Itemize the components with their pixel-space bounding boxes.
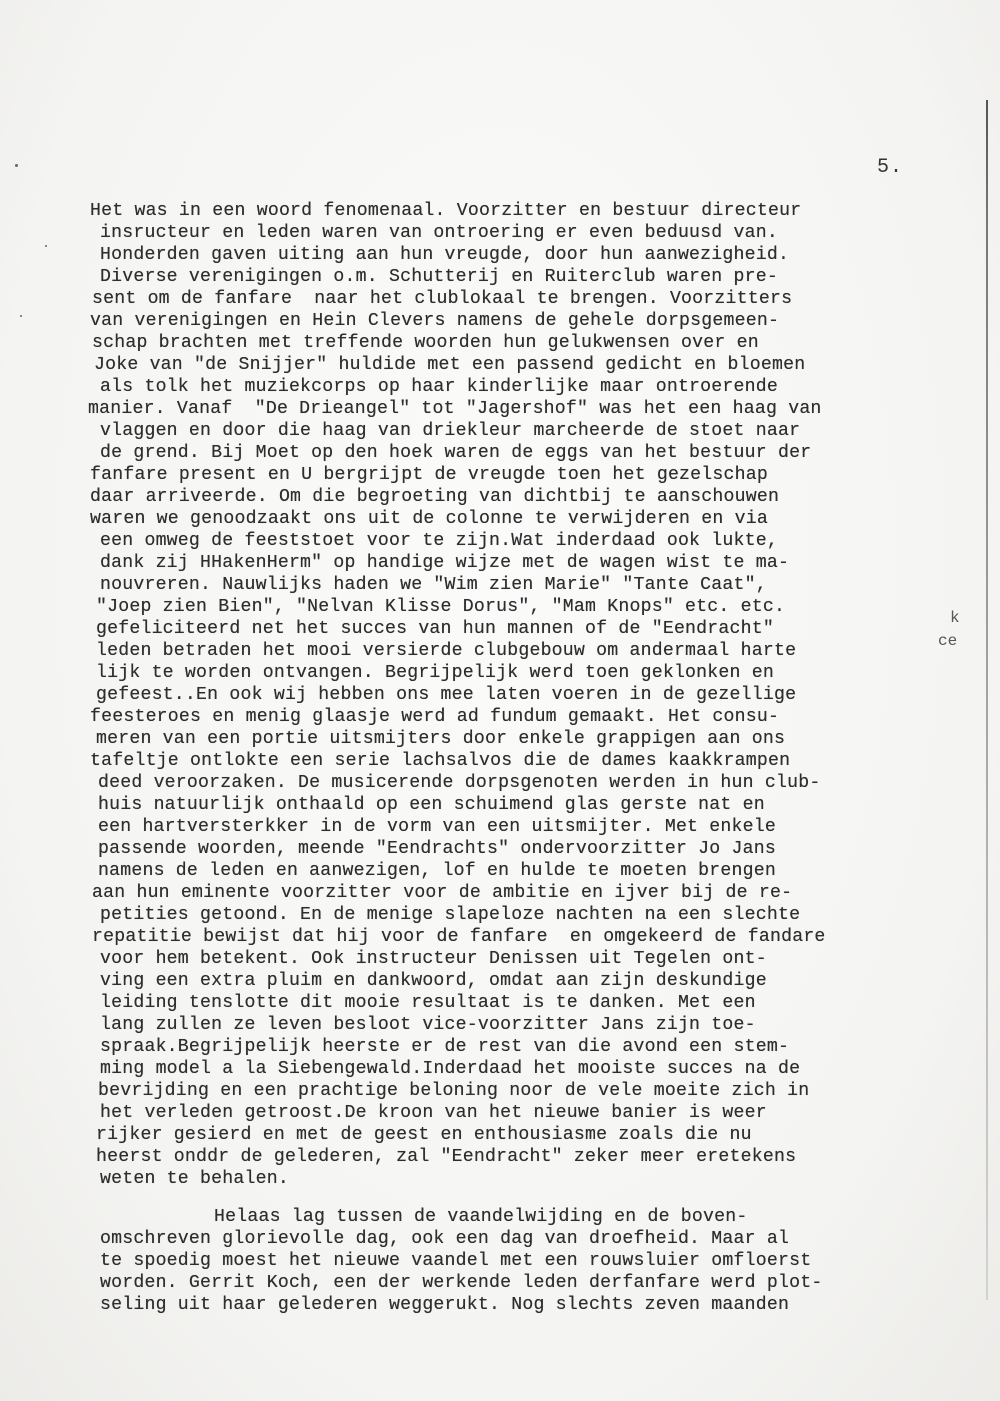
text-line: voor hem betekent. Ook instructeur Denis… — [100, 948, 767, 970]
text-line: insructeur en leden waren van ontroering… — [100, 222, 778, 244]
text-line: Het was in een woord fenomenaal. Voorzit… — [90, 200, 801, 222]
text-line: een hartversterkker in de vorm van een u… — [98, 816, 776, 838]
text-line: als tolk het muziekcorps op haar kinderl… — [100, 376, 778, 398]
text-line: rijker gesierd en met de geest en enthou… — [96, 1124, 752, 1146]
text-line: ving een extra pluim en dankwoord, omdat… — [100, 970, 767, 992]
text-line: "Joep zien Bien", "Nelvan Klisse Dorus",… — [96, 596, 785, 618]
text-line: deed veroorzaken. De musicerende dorpsge… — [98, 772, 820, 794]
text-line: daar arriveerde. Om die begroeting van d… — [90, 486, 779, 508]
text-line: namens de leden en aanwezigen, lof en hu… — [98, 860, 776, 882]
page-number: 5. — [877, 156, 903, 179]
document-page: 5. Het was in een woord fenomenaal. Voor… — [0, 0, 1000, 1401]
text-line: het verleden getroost.De kroon van het n… — [100, 1102, 767, 1124]
text-line: aan hun eminente voorzitter voor de ambi… — [92, 882, 792, 904]
text-line: ming model a la Siebengewald.Inderdaad h… — [100, 1058, 800, 1080]
text-line: een omweg de feeststoet voor te zijn.Wat… — [100, 530, 778, 552]
text-line: seling uit haar gelederen weggerukt. Nog… — [100, 1294, 789, 1316]
text-line: bevrijding en een prachtige beloning noo… — [98, 1080, 809, 1102]
text-line: waren we genoodzaakt ons uit de colonne … — [90, 508, 768, 530]
paper-speck — [20, 315, 22, 317]
text-line: omschreven glorievolle dag, ook een dag … — [100, 1228, 789, 1250]
text-line: Diverse verenigingen o.m. Schutterij en … — [100, 266, 778, 288]
text-line: fanfare present en U bergrijpt de vreugd… — [90, 464, 768, 486]
text-line: van verenigingen en Hein Clevers namens … — [90, 310, 779, 332]
paper-speck — [15, 164, 18, 167]
text-line: weten te behalen. — [100, 1168, 289, 1190]
text-line: worden. Gerrit Koch, een der werkende le… — [100, 1272, 822, 1294]
text-line: schap brachten met treffende woorden hun… — [92, 332, 759, 354]
text-line: vlaggen en door die haag van driekleur m… — [100, 420, 800, 442]
text-line: leden betraden het mooi versierde clubge… — [96, 640, 796, 662]
paper-speck — [45, 245, 47, 247]
text-line: manier. Vanaf "De Drieangel" tot "Jagers… — [88, 398, 822, 420]
text-line: de grend. Bij Moet op den hoek waren de … — [100, 442, 811, 464]
text-line: lijk te worden ontvangen. Begrijpelijk w… — [96, 662, 774, 684]
text-line: spraak.Begrijpelijk heerste er de rest v… — [100, 1036, 789, 1058]
text-line: Joke van "de Snijjer" huldide met een pa… — [94, 354, 805, 376]
text-line: lang zullen ze leven besloot vice-voorzi… — [100, 1014, 756, 1036]
text-line: tafeltje ontlokte een serie lachsalvos d… — [90, 750, 790, 772]
text-line: Helaas lag tussen de vaandelwijding en d… — [214, 1206, 748, 1228]
text-line: repatitie bewijst dat hij voor de fanfar… — [92, 926, 826, 948]
text-line: nouvreren. Nauwlijks haden we "Wim zien … — [100, 574, 767, 596]
text-line: petities getoond. En de menige slapeloze… — [100, 904, 800, 926]
margin-note: ce — [938, 632, 957, 650]
text-line: feesteroes en menig glaasje werd ad fund… — [90, 706, 779, 728]
text-line: heerst onddr de gelederen, zal "Eendrach… — [96, 1146, 796, 1168]
text-line: leiding tenslotte dit mooie resultaat is… — [100, 992, 756, 1014]
text-line: gefeliciteerd net het succes van hun man… — [96, 618, 774, 640]
text-line: passende woorden, meende "Eendrachts" on… — [98, 838, 776, 860]
margin-note: k — [950, 609, 960, 627]
text-line: sent om de fanfare naar het clublokaal t… — [92, 288, 792, 310]
text-line: dank zij HHakenHerm" op handige wijze me… — [100, 552, 789, 574]
text-line: Honderden gaven uiting aan hun vreugde, … — [100, 244, 789, 266]
text-line: te spoedig moest het nieuwe vaandel met … — [100, 1250, 811, 1272]
page-edge-shadow — [986, 100, 988, 1300]
text-line: gefeest..En ook wij hebben ons mee laten… — [96, 684, 796, 706]
text-line: meren van een portie uitsmijters door en… — [96, 728, 785, 750]
text-line: huis natuurlijk onthaald op een schuimen… — [98, 794, 765, 816]
